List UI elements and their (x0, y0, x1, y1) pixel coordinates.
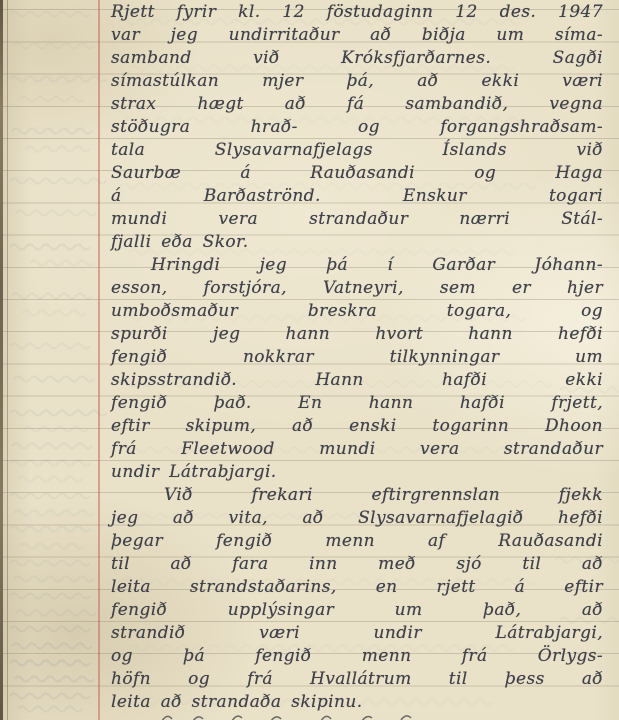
handwritten-line: höfn og frá Hvallátrum til þess að (111, 668, 603, 691)
handwritten-line: spurði jeg hann hvort hann hefði (111, 323, 603, 346)
handwritten-line: þegar fengið menn af Rauðasandi (111, 530, 603, 553)
handwritten-line: frá Fleetwood mundi vera strandaður (111, 438, 603, 461)
handwritten-line: eftir skipum, að enski togarinn Dhoon (111, 415, 603, 438)
handwritten-line: strandið væri undir Látrabjargi, (111, 622, 603, 645)
handwritten-line: á Barðaströnd. Enskur togari (111, 185, 603, 208)
handwritten-text: Rjett fyrir kl. 12 föstudaginn 12 des. 1… (111, 1, 603, 714)
handwritten-line: stöðugra hrað- og forgangshraðsam- (111, 116, 603, 139)
handwritten-line: esson, forstjóra, Vatneyri, sem er hjer (111, 277, 603, 300)
handwritten-line: jeg að vita, að Slysavarnafjelagið hefði (111, 507, 603, 530)
handwritten-line: var jeg undirritaður að biðja um síma- (111, 24, 603, 47)
handwritten-line: og þá fengið menn frá Örlygs- (111, 645, 603, 668)
handwritten-line: leita að strandaða skipinu. (111, 691, 603, 714)
manuscript-page: Rjett fyrir kl. 12 föstudaginn 12 des. 1… (0, 0, 619, 720)
handwritten-line: leita strandstaðarins, en rjett á eftir (111, 576, 603, 599)
handwritten-line: umboðsmaður breskra togara, og (111, 300, 603, 323)
handwritten-line: skipsstrandið. Hann hafði ekki (111, 369, 603, 392)
handwritten-line: mundi vera strandaður nærri Stál- (111, 208, 603, 231)
handwritten-line: Hringdi jeg þá í Garðar Jóhann- (111, 254, 603, 277)
handwritten-line: símastúlkan mjer þá, að ekki væri (111, 70, 603, 93)
handwritten-line: fengið nokkrar tilkynningar um (111, 346, 603, 369)
margin-rule-line (98, 0, 100, 720)
handwritten-line: Við frekari eftirgrennslan fjekk (111, 484, 603, 507)
handwritten-line: undir Látrabjargi. (111, 461, 603, 484)
handwritten-line: fengið upplýsingar um það, að (111, 599, 603, 622)
handwritten-line: samband við Króksfjarðarnes. Sagði (111, 47, 603, 70)
handwritten-line: fengið það. En hann hafði frjett, (111, 392, 603, 415)
handwritten-line: Saurbæ á Rauðasandi og Haga (111, 162, 603, 185)
handwritten-line: tala Slysavarnafjelags Íslands við (111, 139, 603, 162)
handwritten-line: til að fara inn með sjó til að (111, 553, 603, 576)
handwritten-line: Rjett fyrir kl. 12 föstudaginn 12 des. 1… (111, 1, 603, 24)
page-crease-line (7, 0, 8, 720)
handwritten-line: fjalli eða Skor. (111, 231, 603, 254)
handwritten-line: strax hægt að fá sambandið, vegna (111, 93, 603, 116)
page-edge-shadow (0, 0, 3, 720)
